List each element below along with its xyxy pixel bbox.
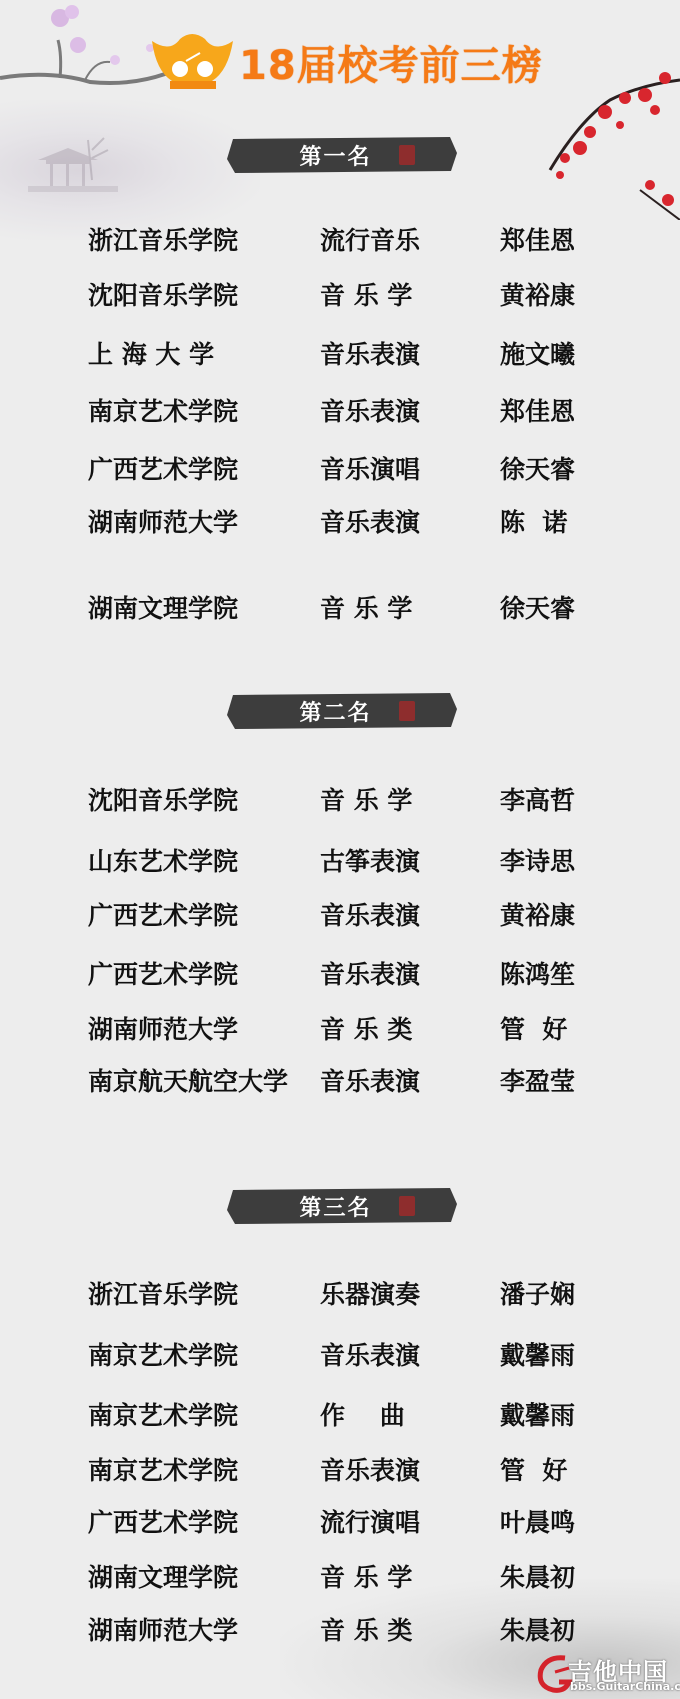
school-name: 湖南师范大学 bbox=[88, 1614, 238, 1648]
student-name: 李高哲 bbox=[500, 784, 575, 818]
table-row: 广西艺术学院音乐表演黄裕康 bbox=[0, 899, 680, 933]
pavilion-landscape-icon bbox=[18, 130, 128, 210]
major: 音乐表演 bbox=[320, 506, 420, 540]
major: 古筝表演 bbox=[320, 845, 420, 879]
school-name: 沈阳音乐学院 bbox=[88, 279, 238, 313]
school-name: 湖南文理学院 bbox=[88, 1561, 238, 1595]
school-name: 浙江音乐学院 bbox=[88, 224, 238, 258]
student-name: 叶晨鸣 bbox=[500, 1506, 575, 1540]
major: 作 曲 bbox=[320, 1399, 405, 1433]
major: 音 乐 类 bbox=[320, 1013, 412, 1047]
major: 流行音乐 bbox=[320, 224, 420, 258]
student-name: 朱晨初 bbox=[500, 1614, 575, 1648]
table-row: 浙江音乐学院流行音乐郑佳恩 bbox=[0, 224, 680, 258]
school-name: 广西艺术学院 bbox=[88, 1506, 238, 1540]
table-row: 上 海 大 学音乐表演施文曦 bbox=[0, 338, 680, 372]
major: 音 乐 学 bbox=[320, 592, 412, 626]
school-name: 沈阳音乐学院 bbox=[88, 784, 238, 818]
major: 乐器演奏 bbox=[320, 1278, 420, 1312]
table-row: 沈阳音乐学院音 乐 学李高哲 bbox=[0, 784, 680, 818]
school-name: 浙江音乐学院 bbox=[88, 1278, 238, 1312]
student-name: 徐天睿 bbox=[500, 453, 575, 487]
major: 流行演唱 bbox=[320, 1506, 420, 1540]
table-row: 湖南师范大学音乐表演陈 诺 bbox=[0, 506, 680, 540]
major: 音乐表演 bbox=[320, 1339, 420, 1373]
student-name: 管 好 bbox=[500, 1454, 567, 1488]
table-row: 湖南文理学院音 乐 学徐天睿 bbox=[0, 592, 680, 626]
red-seal-icon bbox=[399, 145, 415, 165]
student-name: 管 好 bbox=[500, 1013, 567, 1047]
student-name: 陈 诺 bbox=[500, 506, 567, 540]
rank-label: 第三名 bbox=[299, 1191, 371, 1222]
table-row: 湖南师范大学音 乐 类朱晨初 bbox=[0, 1614, 680, 1648]
school-name: 南京航天航空大学 bbox=[88, 1065, 288, 1099]
student-name: 黄裕康 bbox=[500, 279, 575, 313]
table-row: 南京航天航空大学音乐表演李盈莹 bbox=[0, 1065, 680, 1099]
student-name: 李盈莹 bbox=[500, 1065, 575, 1099]
school-name: 广西艺术学院 bbox=[88, 453, 238, 487]
page-title: 18届校考前三榜 bbox=[239, 34, 543, 91]
table-row: 湖南文理学院音 乐 学朱晨初 bbox=[0, 1561, 680, 1595]
rank-label: 第二名 bbox=[299, 696, 371, 727]
page-header: 18届校考前三榜 bbox=[150, 32, 543, 92]
student-name: 戴馨雨 bbox=[500, 1339, 575, 1373]
student-name: 陈鸿笙 bbox=[500, 958, 575, 992]
major: 音 乐 学 bbox=[320, 784, 412, 818]
rank-banner-first: 第一名 bbox=[225, 133, 460, 177]
rank-banner-third: 第三名 bbox=[225, 1184, 460, 1228]
table-row: 湖南师范大学音 乐 类管 好 bbox=[0, 1013, 680, 1047]
table-row: 广西艺术学院音乐演唱徐天睿 bbox=[0, 453, 680, 487]
school-name: 山东艺术学院 bbox=[88, 845, 238, 879]
school-name: 湖南文理学院 bbox=[88, 592, 238, 626]
student-name: 黄裕康 bbox=[500, 899, 575, 933]
phoenix-guitar-logo-icon bbox=[150, 31, 235, 93]
major: 音乐表演 bbox=[320, 338, 420, 372]
major: 音乐表演 bbox=[320, 1065, 420, 1099]
student-name: 施文曦 bbox=[500, 338, 575, 372]
student-name: 徐天睿 bbox=[500, 592, 575, 626]
student-name: 戴馨雨 bbox=[500, 1399, 575, 1433]
major: 音乐表演 bbox=[320, 395, 420, 429]
major: 音 乐 学 bbox=[320, 279, 412, 313]
red-seal-icon bbox=[399, 701, 415, 721]
table-row: 山东艺术学院古筝表演李诗思 bbox=[0, 845, 680, 879]
major: 音乐表演 bbox=[320, 1454, 420, 1488]
rank-banner-second: 第二名 bbox=[225, 689, 460, 733]
table-row: 南京艺术学院作 曲戴馨雨 bbox=[0, 1399, 680, 1433]
table-row: 南京艺术学院音乐表演郑佳恩 bbox=[0, 395, 680, 429]
rank-label: 第一名 bbox=[299, 140, 371, 171]
footer-url: bbs.GuitarChina.com bbox=[570, 1680, 680, 1693]
student-name: 郑佳恩 bbox=[500, 224, 575, 258]
school-name: 广西艺术学院 bbox=[88, 958, 238, 992]
table-row: 广西艺术学院音乐表演陈鸿笙 bbox=[0, 958, 680, 992]
student-name: 郑佳恩 bbox=[500, 395, 575, 429]
major: 音乐演唱 bbox=[320, 453, 420, 487]
table-row: 沈阳音乐学院音 乐 学黄裕康 bbox=[0, 279, 680, 313]
school-name: 南京艺术学院 bbox=[88, 395, 238, 429]
school-name: 南京艺术学院 bbox=[88, 1399, 238, 1433]
student-name: 朱晨初 bbox=[500, 1561, 575, 1595]
red-plum-branch-icon bbox=[520, 40, 680, 220]
student-name: 李诗思 bbox=[500, 845, 575, 879]
red-seal-icon bbox=[399, 1196, 415, 1216]
table-row: 南京艺术学院音乐表演管 好 bbox=[0, 1454, 680, 1488]
major: 音 乐 类 bbox=[320, 1614, 412, 1648]
major: 音 乐 学 bbox=[320, 1561, 412, 1595]
school-name: 上 海 大 学 bbox=[88, 338, 214, 372]
school-name: 湖南师范大学 bbox=[88, 506, 238, 540]
major: 音乐表演 bbox=[320, 958, 420, 992]
school-name: 湖南师范大学 bbox=[88, 1013, 238, 1047]
table-row: 南京艺术学院音乐表演戴馨雨 bbox=[0, 1339, 680, 1373]
student-name: 潘子娴 bbox=[500, 1278, 575, 1312]
table-row: 浙江音乐学院乐器演奏潘子娴 bbox=[0, 1278, 680, 1312]
school-name: 南京艺术学院 bbox=[88, 1454, 238, 1488]
table-row: 广西艺术学院流行演唱叶晨鸣 bbox=[0, 1506, 680, 1540]
school-name: 广西艺术学院 bbox=[88, 899, 238, 933]
school-name: 南京艺术学院 bbox=[88, 1339, 238, 1373]
major: 音乐表演 bbox=[320, 899, 420, 933]
